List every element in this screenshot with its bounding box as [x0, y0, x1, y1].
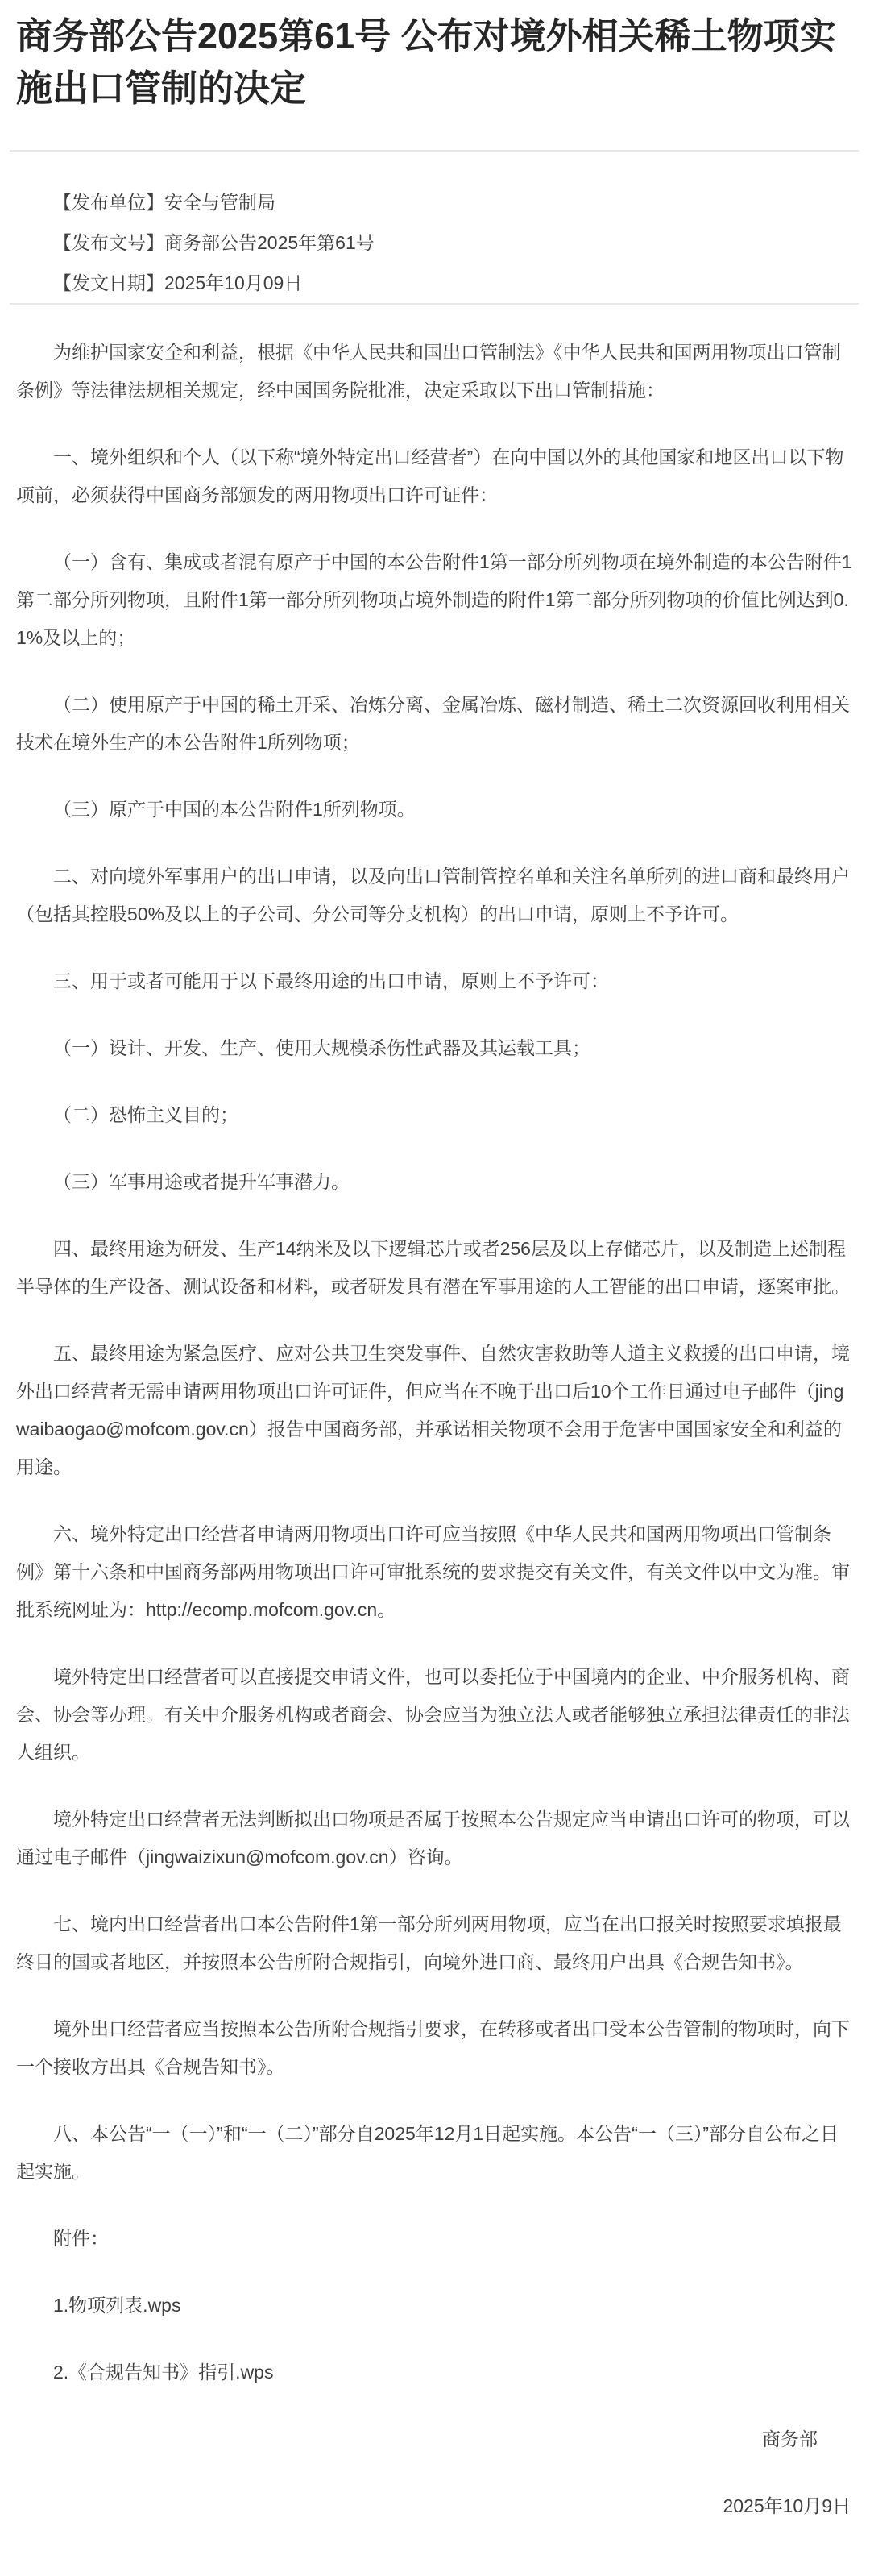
body-paragraph-article-5: 五、最终用途为紧急医疗、应对公共卫生突发事件、自然灾害救助等人道主义救援的出口申…	[16, 1335, 852, 1486]
attachments-heading: 附件：	[16, 2220, 852, 2258]
issue-date: 2025年10月9日	[16, 2487, 852, 2525]
meta-issue-date: 【发文日期】2025年10月09日	[16, 263, 852, 303]
meta-issue-date-value: 2025年10月09日	[164, 272, 302, 293]
body-paragraph-article-1-item-3: （三）原产于中国的本公告附件1所列物项。	[16, 791, 852, 829]
body-paragraph-article-6-cont-1: 境外特定出口经营者可以直接提交申请文件，也可以委托位于中国境内的企业、中介服务机…	[16, 1658, 852, 1772]
divider-below-title	[10, 150, 859, 152]
meta-doc-number-label: 【发布文号】	[53, 232, 164, 253]
body-paragraph-article-1-item-2: （二）使用原产于中国的稀土开采、冶炼分离、金属冶炼、磁材制造、稀土二次资源回收利…	[16, 686, 852, 762]
body-paragraph-article-6-cont-2: 境外特定出口经营者无法判断拟出口物项是否属于按照本公告规定应当申请出口许可的物项…	[16, 1801, 852, 1876]
signature: 商务部	[16, 2420, 852, 2458]
body-paragraph-article-1-item-1: （一）含有、集成或者混有原产于中国的本公告附件1第一部分所列物项在境外制造的本公…	[16, 543, 852, 657]
meta-publisher: 【发布单位】安全与管制局	[16, 182, 852, 222]
meta-publisher-label: 【发布单位】	[53, 192, 164, 213]
announcement-page: 商务部公告2025第61号 公布对境外相关稀土物项实施出口管制的决定 【发布单位…	[0, 0, 870, 2576]
body-paragraph-article-6: 六、境外特定出口经营者申请两用物项出口许可应当按照《中华人民共和国两用物项出口管…	[16, 1515, 852, 1629]
meta-issue-date-label: 【发文日期】	[53, 272, 164, 293]
meta-block: 【发布单位】安全与管制局 【发布文号】商务部公告2025年第61号 【发文日期】…	[16, 182, 852, 303]
body-paragraph-article-2: 二、对向境外军事用户的出口申请，以及向出口管制管控名单和关注名单所列的进口商和最…	[16, 858, 852, 933]
body-paragraph-preamble: 为维护国家安全和利益，根据《中华人民共和国出口管制法》《中华人民共和国两用物项出…	[16, 334, 852, 409]
body-paragraph-article-8: 八、本公告“一（一）”和“一（二）”部分自2025年12月1日起实施。本公告“一…	[16, 2115, 852, 2191]
page-title: 商务部公告2025第61号 公布对境外相关稀土物项实施出口管制的决定	[16, 10, 852, 114]
meta-doc-number: 【发布文号】商务部公告2025年第61号	[16, 222, 852, 263]
divider-below-meta	[10, 303, 859, 305]
attachment-item-1: 1.物项列表.wps	[16, 2287, 852, 2325]
body-paragraph-article-7-cont: 境外出口经营者应当按照本公告所附合规指引要求，在转移或者出口受本公告管制的物项时…	[16, 2010, 852, 2086]
attachment-item-2: 2.《合规告知书》指引.wps	[16, 2354, 852, 2391]
body-paragraph-article-7: 七、境内出口经营者出口本公告附件1第一部分所列两用物项，应当在出口报关时按照要求…	[16, 1905, 852, 1981]
body-paragraph-article-3-item-3: （三）军事用途或者提升军事潜力。	[16, 1163, 852, 1201]
body-paragraph-article-3-item-1: （一）设计、开发、生产、使用大规模杀伤性武器及其运载工具；	[16, 1029, 852, 1067]
document-body: 为维护国家安全和利益，根据《中华人民共和国出口管制法》《中华人民共和国两用物项出…	[16, 334, 852, 2525]
body-paragraph-article-3: 三、用于或者可能用于以下最终用途的出口申请，原则上不予许可：	[16, 962, 852, 1000]
body-paragraph-article-1: 一、境外组织和个人（以下称“境外特定出口经营者”）在向中国以外的其他国家和地区出…	[16, 438, 852, 514]
body-paragraph-article-3-item-2: （二）恐怖主义目的；	[16, 1096, 852, 1134]
body-paragraph-article-4: 四、最终用途为研发、生产14纳米及以下逻辑芯片或者256层及以上存储芯片，以及制…	[16, 1230, 852, 1306]
meta-doc-number-value: 商务部公告2025年第61号	[164, 232, 375, 253]
meta-publisher-value: 安全与管制局	[164, 192, 275, 213]
